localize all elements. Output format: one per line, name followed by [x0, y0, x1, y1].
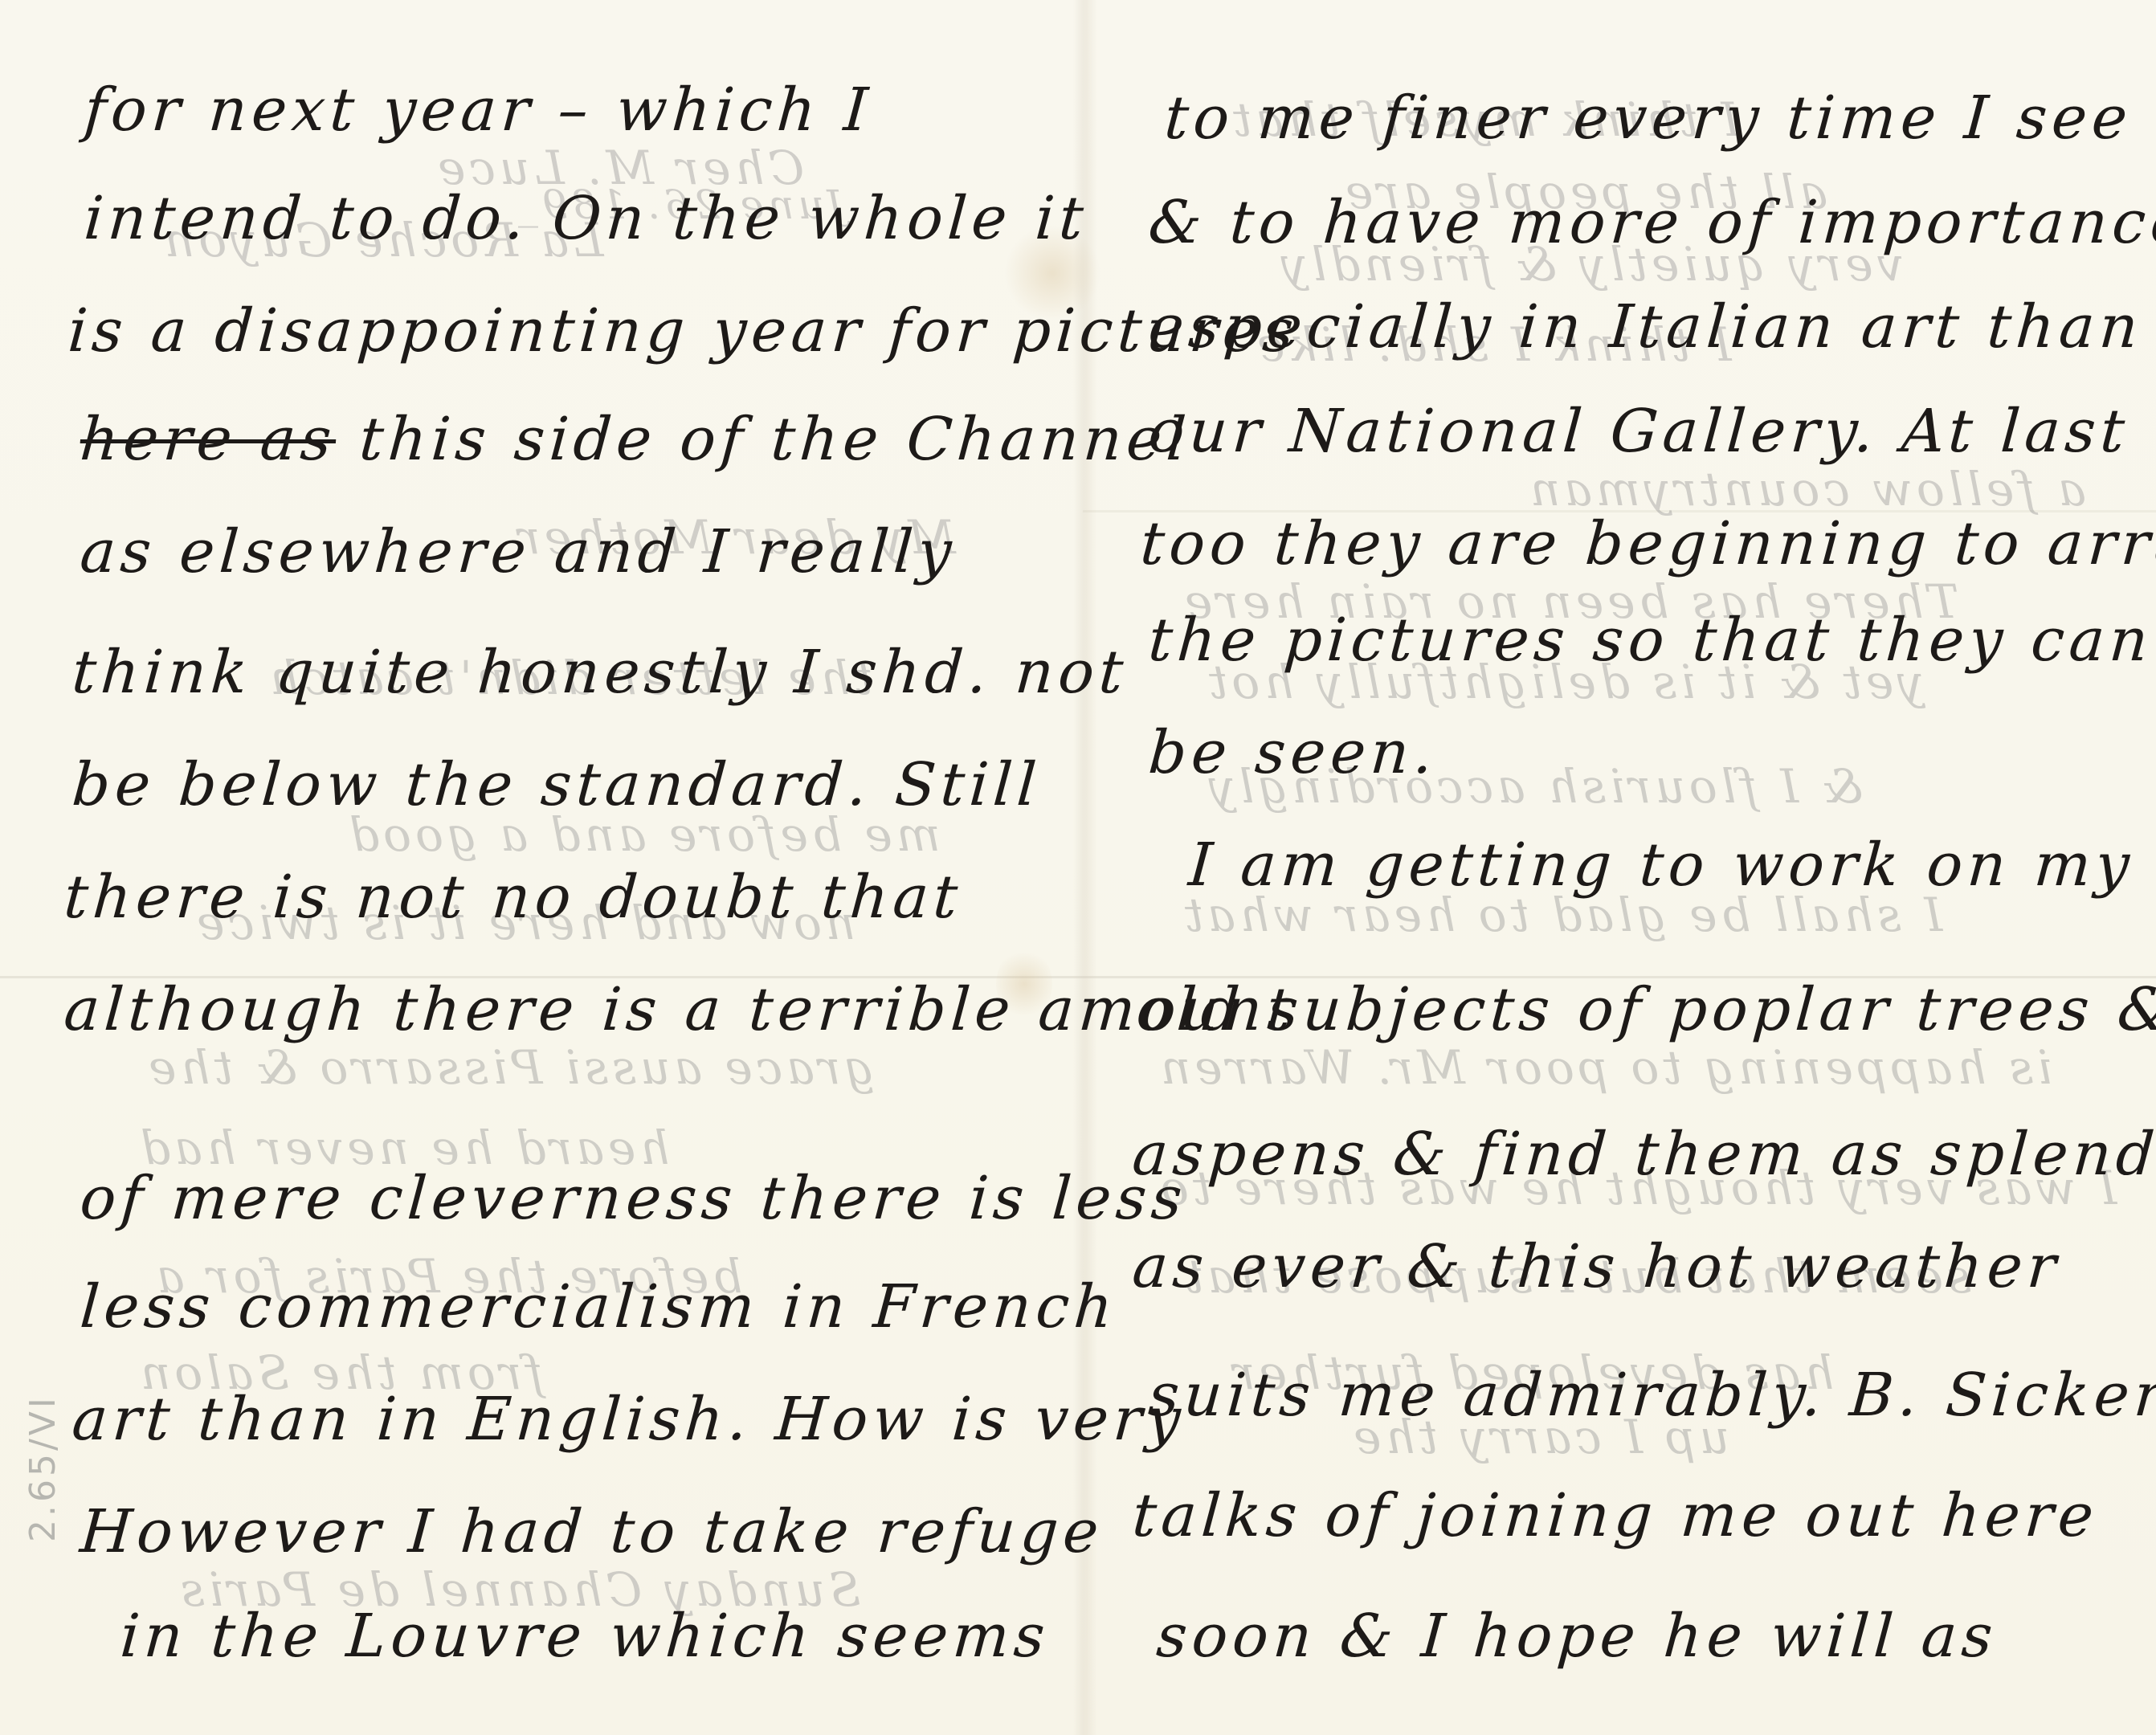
letter-line: too they are beginning to arrange [1138, 514, 2156, 574]
letter-line: intend to do. On the whole it [82, 189, 1090, 248]
letter-line: as ever & this hot weather [1130, 1237, 2062, 1296]
letter-line: as elsewhere and I really [78, 522, 958, 582]
letter-line: is a disappointing year for pictures [66, 301, 1300, 361]
letter-line: there is not no doubt that [62, 867, 964, 927]
letter-line: old subjects of poplar trees & [1134, 980, 2156, 1039]
letter-line: be below the standard. Still [70, 755, 1043, 814]
letter-line: talks of joining me out here [1130, 1486, 2100, 1545]
letter-line: our National Gallery. At last [1146, 402, 2131, 461]
letter-line: soon & I hope he will as [1154, 1606, 1999, 1666]
letter-line: I am getting to work on my [1186, 835, 2136, 895]
letter-line: art than in English. How is very [70, 1390, 1186, 1449]
letter-line: be seen. [1146, 723, 1439, 782]
letter-line: of mere cleverness there is less [78, 1169, 1189, 1228]
letter-line: for next year – which I [82, 80, 874, 140]
letter-line: although there is a terrible amount [62, 980, 1297, 1039]
letter-line: to me finer every time I see it [1162, 88, 2156, 148]
letter-line: think quite honestly I shd. not [70, 643, 1129, 702]
letter-line: aspens & find them as splendid [1130, 1125, 2156, 1184]
letter-line: suits me admirably. B. Sickert [1146, 1366, 2156, 1425]
letter-line: especially in Italian art than [1146, 297, 2145, 357]
letter-scan: Cher M. Luce La Roche Guyon June 26. 189… [0, 0, 2156, 1735]
letter-line: here as this side of the Channel [78, 410, 1192, 469]
struck-out-text: here as [78, 405, 338, 474]
letter-line: less commercialism in French [78, 1277, 1119, 1337]
bleed-through-text: grace aussi Pissarro & the [145, 1044, 875, 1091]
letter-line: the pictures so that they can [1146, 610, 2154, 670]
letter-line: in the Louvre which seems [118, 1606, 1051, 1666]
bleed-through-text: a fellow countryman [1526, 466, 2086, 512]
bleed-through-text: is happening to poor Mr. Warren [1157, 1044, 2052, 1091]
letter-line: However I had to take refuge [78, 1502, 1105, 1561]
letter-line: & to have more of importance [1146, 193, 2156, 252]
archive-pencil-mark: 2.65/VI [22, 1394, 63, 1542]
